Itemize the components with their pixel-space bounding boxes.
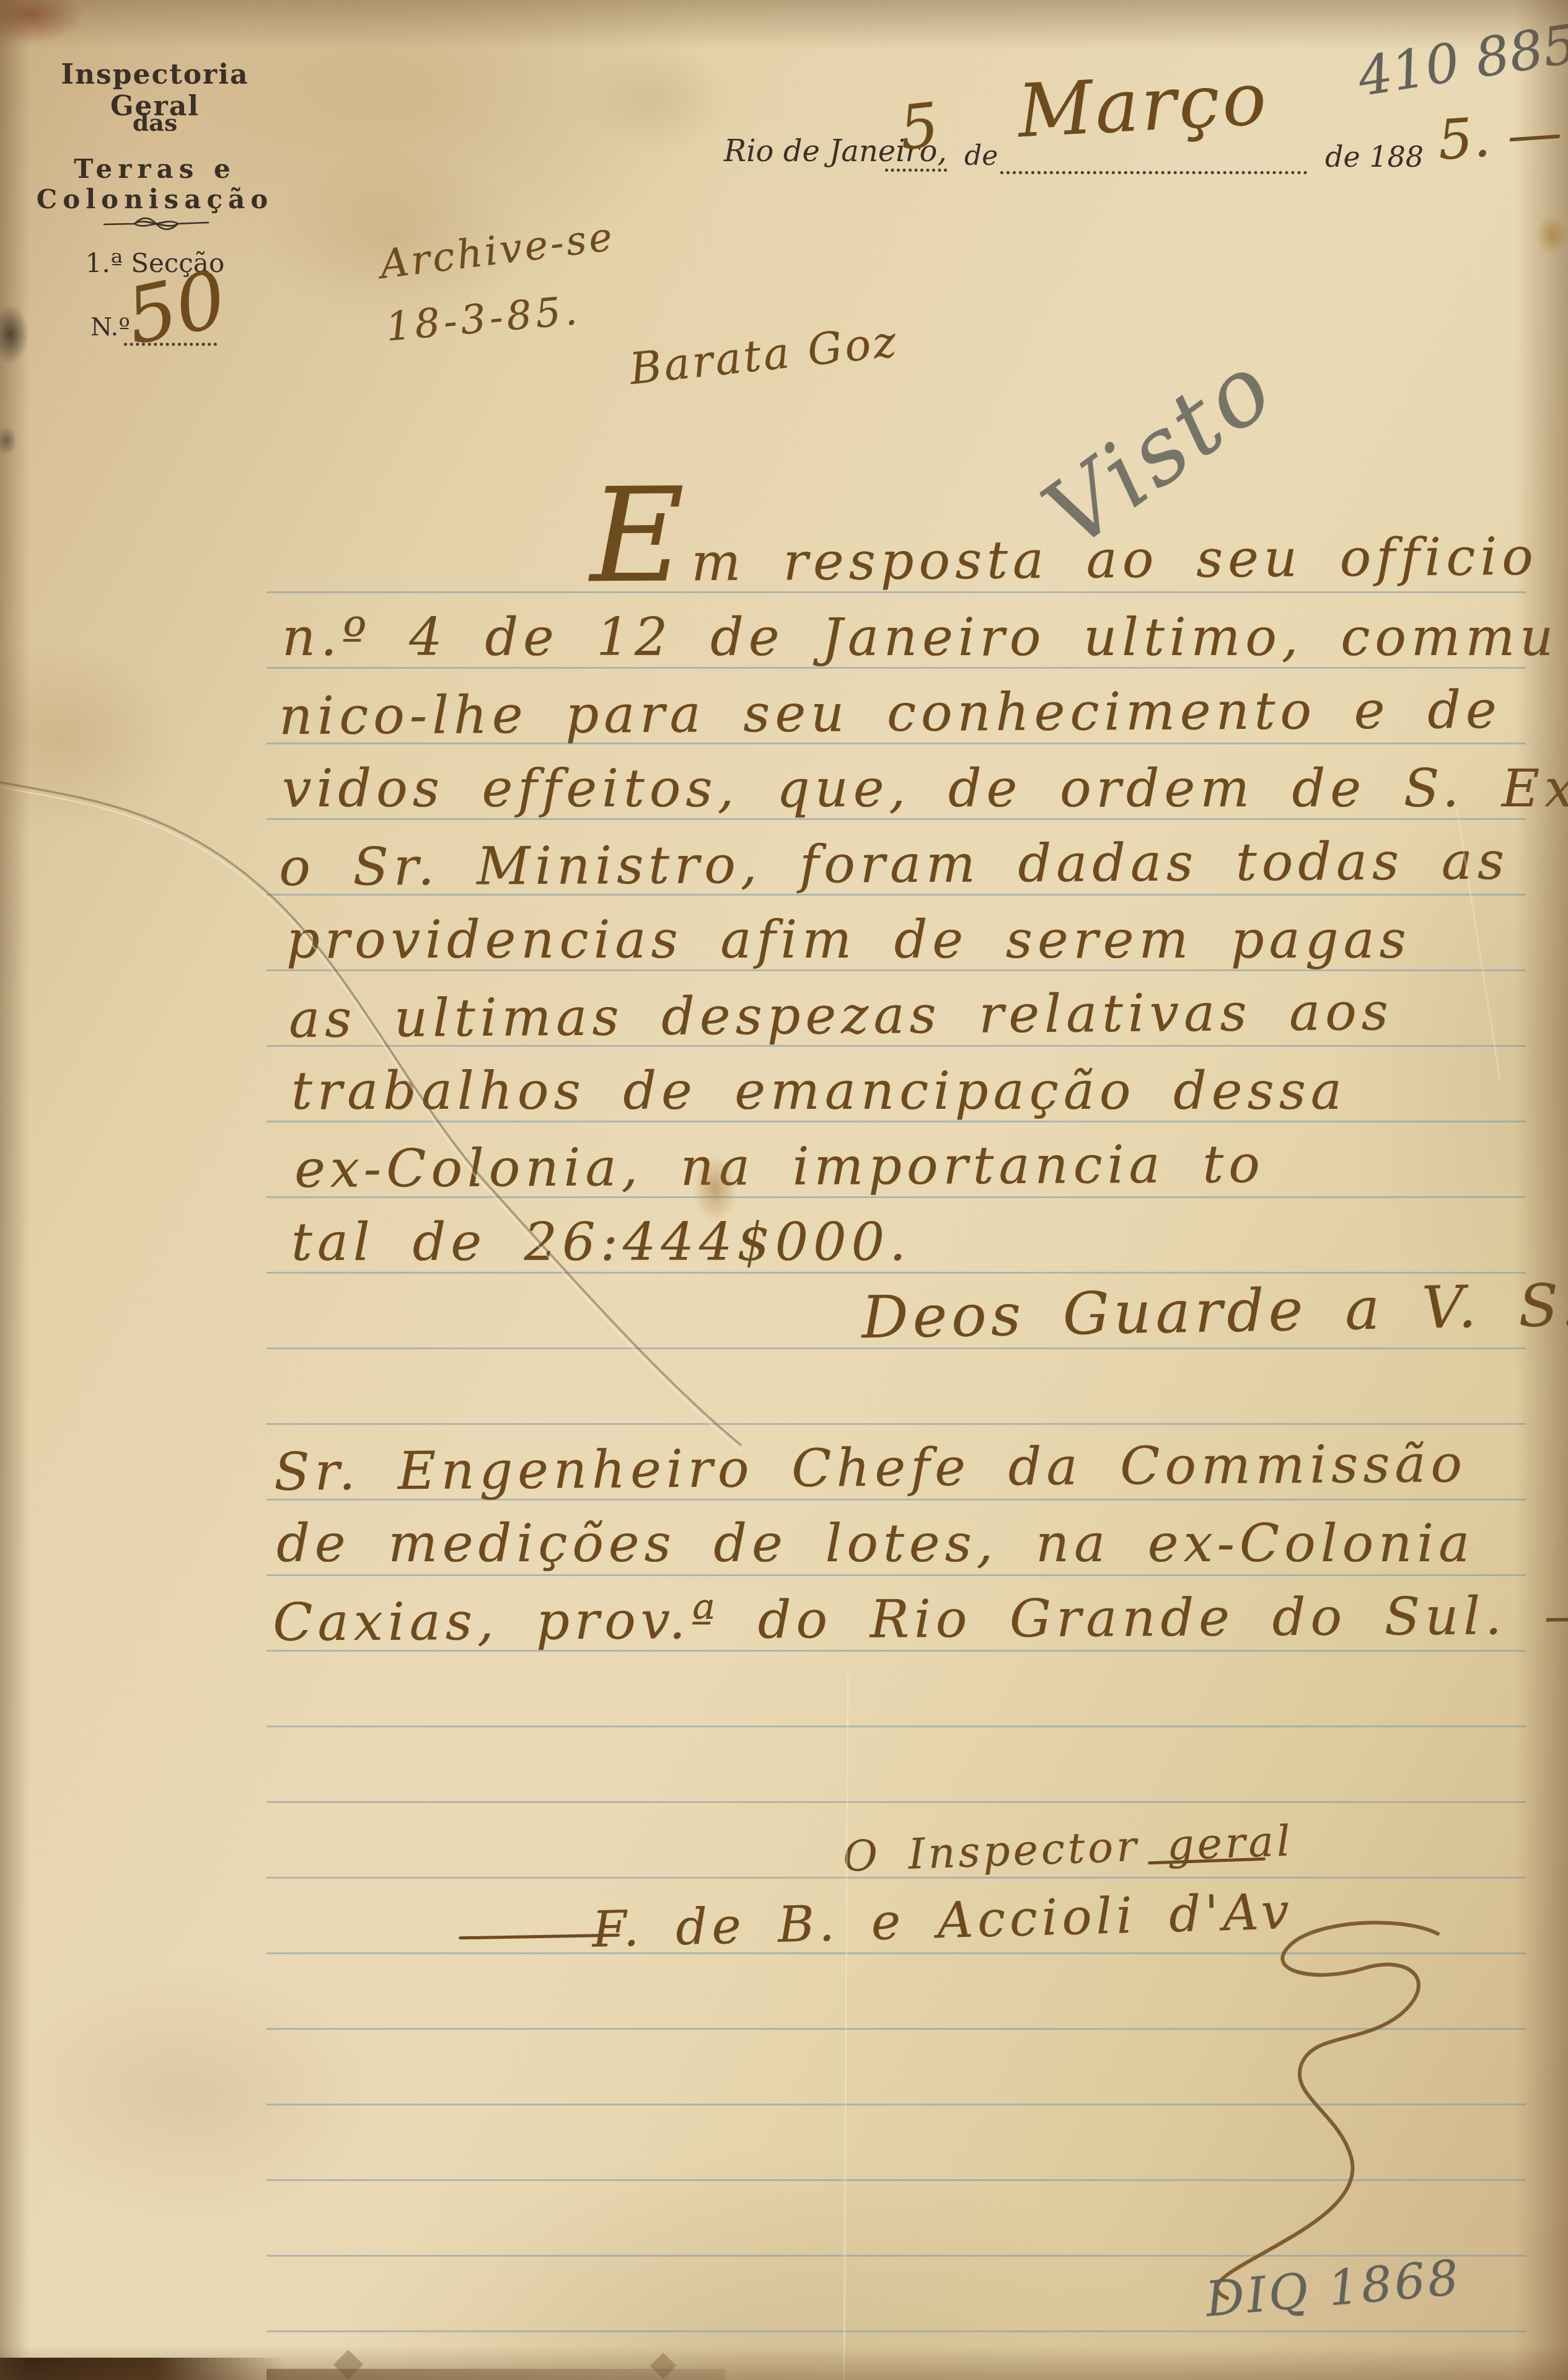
signature-name: F. de B. e Accioli d'Av [591,1882,1294,1959]
dateline-de1: de [964,140,998,172]
body-line: ex-Colonia, na importancia to [294,1138,1265,1195]
dateline-month-handwritten: Março [1016,56,1271,154]
bottom-tear-nick-1 [333,2350,363,2379]
pencil-archival-number: 410 885 [1354,13,1568,108]
dateline-day-handwritten: 5 [896,90,942,164]
letterhead-title-line3: Terras e Colonisação [6,154,304,214]
document-page: Inspectoria Geral das Terras e Colonisaç… [0,0,1568,2380]
body-line: n.º 4 de 12 de Janeiro ultimo, commu [282,611,1558,663]
addressee-line: Sr. Engenheiro Chefe da Commissão [274,1437,1468,1497]
dateline-year-handwritten: 5. — [1436,100,1564,172]
yellow-spot-right-edge [1536,216,1568,254]
dateline-dots-2 [1000,171,1307,174]
faint-spot-upper [576,43,738,155]
signature-flourish [967,1909,1475,2308]
valediction: Deos Guarde a V. S. [861,1272,1568,1352]
body-line: Em resposta ao seu officio [590,530,1538,589]
dark-mark-left-edge [0,426,17,455]
letterhead-title-line2: das [19,108,291,136]
right-edge-shadow [1515,0,1568,2380]
archive-date: 18-3-85. [384,288,582,350]
letterhead-number-value: 50 [119,254,234,363]
addressee-line: Caxias, prov.ª do Rio Grande do Sul. — [273,1589,1568,1648]
signature-title: O Inspector geral [842,1817,1294,1881]
clerk-signature: Barata Goz [627,315,901,394]
letterhead-flourish-ornament [102,211,211,239]
letterhead-number-label: N.º [90,313,130,342]
body-line: providencias afim de serem pagas [286,914,1411,966]
dateline-dots-1 [885,169,947,172]
left-edge-shadow [0,0,30,2380]
addressee-line: de medições de lotes, na ex-Colonia [276,1517,1474,1569]
dateline-de2: de 188 [1325,140,1424,174]
ink-smudge-left-edge [0,305,29,364]
corner-stain [0,0,84,43]
bottom-edge-shadow-strip [266,2369,725,2380]
bottom-edge-shadow [0,2346,1568,2380]
body-line: nico-lhe para seu conhecimento e de [279,684,1502,742]
archive-note: Archive-se [377,214,617,288]
body-line: trabalhos de emancipação dessa [291,1065,1347,1117]
bottom-tear-nick-2 [650,2353,676,2379]
body-line: o Sr. Ministro, foram dadas todas as [279,835,1509,893]
body-line: vidos effeitos, que, de ordem de S. Ex.ª [282,762,1568,814]
top-edge-shadow [0,0,1568,50]
bottom-left-dark-edge [0,2358,285,2380]
body-line: tal de 26:444$000. [291,1216,911,1268]
pencil-catalogue-code: DIQ 1868 [1204,2250,1463,2328]
body-line: as ultimas despezas relativas aos [289,985,1393,1045]
